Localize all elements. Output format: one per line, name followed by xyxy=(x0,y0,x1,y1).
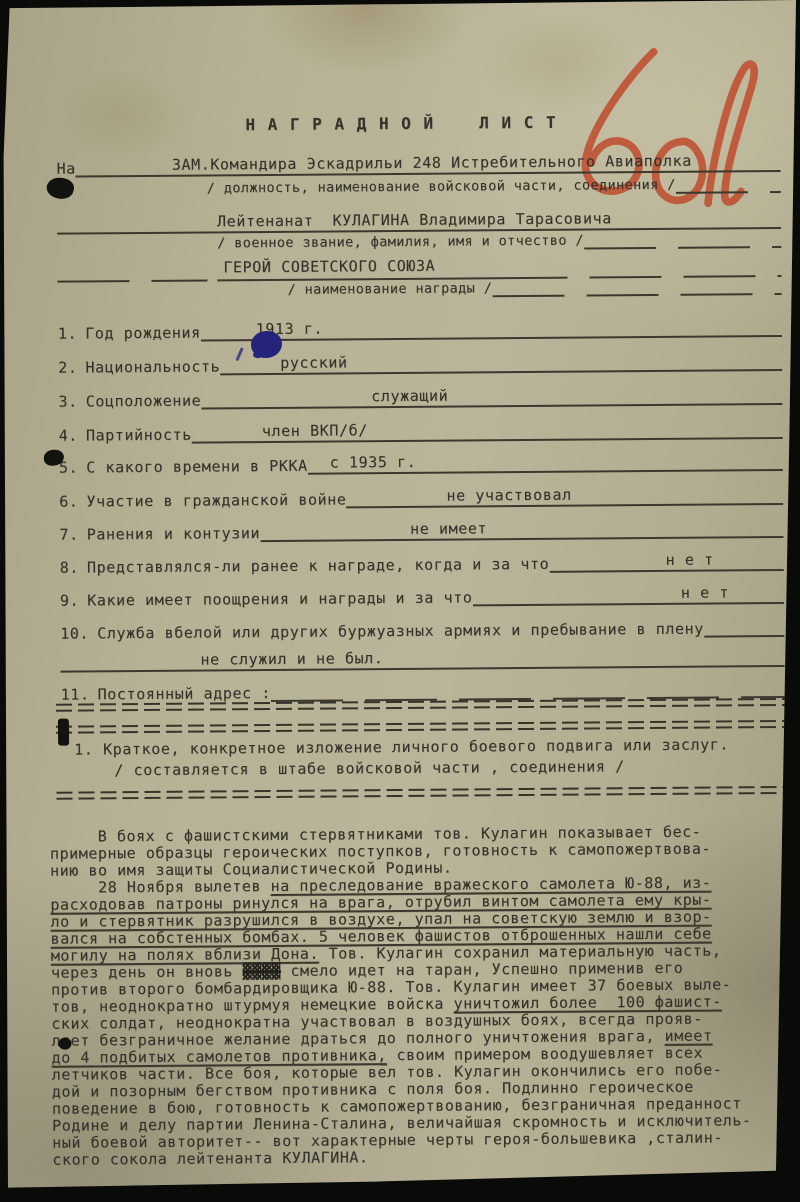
separator-line xyxy=(56,786,787,801)
item-value: не имеет xyxy=(410,518,487,539)
item-number: 11. xyxy=(61,685,90,703)
caption-dash-line xyxy=(584,246,781,250)
form-item-7: 7. Ранения и контузии не имеет xyxy=(59,516,783,544)
item-value: не участвовал xyxy=(446,485,571,506)
section2-caption: / составляется в штабе войсковой части ,… xyxy=(114,757,625,779)
form-item-1: 1. Год рождения 1913 г. xyxy=(58,315,782,343)
award-caption: / наименование награды / xyxy=(287,279,492,299)
form-item-3: 3. Соцположение служащий xyxy=(58,383,782,411)
item-value: н е т xyxy=(681,582,729,602)
item-value: русский xyxy=(280,352,348,373)
black-ink-blot xyxy=(58,1038,71,1050)
form-item-9: 9. Какие имеет поощрения и награды и за … xyxy=(60,582,784,610)
item-label: Служба вбелой или других буржуазных арми… xyxy=(97,620,704,643)
citation-body: В боях с фашистскими стервятниками тов. … xyxy=(50,823,765,1169)
form-item-8: 8. Представлялся-ли ранее к награде, ког… xyxy=(60,549,784,577)
handwritten-number-601 xyxy=(554,41,772,228)
item-number: 3. xyxy=(58,393,77,411)
item-label: Постоянный адрес : xyxy=(98,684,271,703)
position-value: ЗАМ.Командира Эскадрильи 248 Истребитель… xyxy=(172,151,692,175)
section2-heading: 1. Краткое, конкретное изложение личного… xyxy=(74,735,729,758)
item-label: Год рождения xyxy=(85,324,201,343)
item-number: 10. xyxy=(60,624,89,642)
form-item-4: 4. Партийность член ВКП/б/ xyxy=(59,417,783,445)
item-value: член ВКП/б/ xyxy=(262,420,368,441)
document-sheet: Н А Г Р А Д Н О Й Л И С Т На ЗАМ.Команди… xyxy=(0,0,800,1202)
caption-dash-line xyxy=(492,293,781,297)
form-item-2: 2. Национальность русский xyxy=(58,349,782,377)
black-ink-blot xyxy=(58,719,69,746)
form-item-6: 6. Участие в гражданской войне не участв… xyxy=(59,483,783,511)
item-label: Партийность xyxy=(86,426,192,445)
separator-line xyxy=(56,720,787,735)
item-label: Соцположение xyxy=(86,392,202,411)
body-line: ского сокола лейтенанта КУЛАГИНА. xyxy=(52,1146,764,1169)
item-label: Какие имеет поощрения и награды и за что xyxy=(87,588,472,609)
item-number: 2. xyxy=(58,359,77,377)
na-label: На xyxy=(57,160,76,178)
item-label: С какого времени в РККА xyxy=(86,457,308,477)
document-paper: Н А Г Р А Д Н О Й Л И С Т На ЗАМ.Команди… xyxy=(0,0,800,1202)
item-value: с 1935 г. xyxy=(330,452,417,473)
item-number: 4. xyxy=(59,427,78,445)
form-item-5: 5. С какого времени в РККА с 1935 г. xyxy=(59,449,783,477)
item-number: 9. xyxy=(60,592,79,610)
item-value: не служил и не был. xyxy=(200,648,383,669)
item-label: Ранения и контузии xyxy=(87,524,260,543)
form-item-10-answer: не служил и не был. xyxy=(60,645,784,673)
item-number: 8. xyxy=(60,559,79,577)
item-label: Участие в гражданской войне xyxy=(86,490,346,510)
item-value: н е т xyxy=(665,550,713,570)
item-label: Национальность xyxy=(85,357,220,376)
item-number: 1. xyxy=(58,325,77,343)
item-label: Представлялся-ли ранее к награде, когда … xyxy=(87,555,549,577)
item-number: 7. xyxy=(59,526,78,544)
form-item-10: 10. Служба вбелой или других буржуазных … xyxy=(60,615,784,643)
item-value: служащий xyxy=(371,386,448,407)
position-caption: / должность, наименование войсковой част… xyxy=(207,176,676,198)
name-value: Лейтенанат КУЛАГИНА Владимира Тарасовича xyxy=(217,208,612,231)
item-number: 6. xyxy=(59,493,78,511)
name-caption: / военное звание, фамилия, имя и отчеств… xyxy=(217,232,584,253)
award-value: ГЕРОЙ СОВЕТСКОГО СОЮЗА xyxy=(217,255,495,281)
